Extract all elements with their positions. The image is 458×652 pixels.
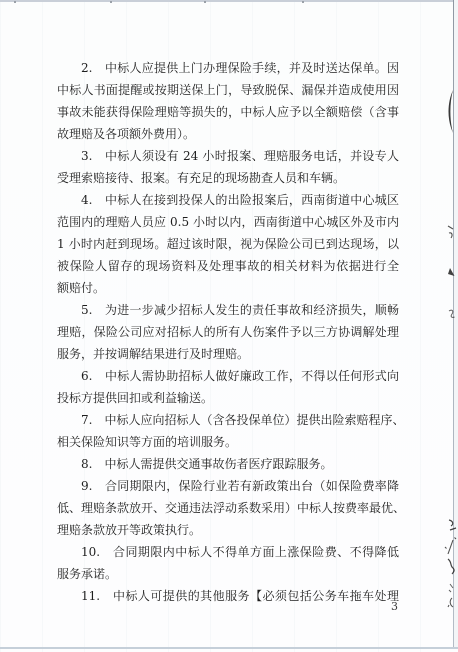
text-line: 2. 中标人应提供上门办理保险手续，并及时送达保单。因 (57, 57, 399, 79)
scan-edge-top (0, 0, 458, 2)
text-line: 服务，并按调解结果进行及时理赔。 (57, 343, 399, 365)
text-line: 3. 中标人须设有 24 小时报案、理赔服务电话，并设专人 (57, 145, 399, 167)
handwriting-ink-marks (440, 0, 458, 652)
text-line: 范围内的理赔人员应 0.5 小时以内，西南街道中心城区外及市内 (57, 211, 399, 233)
text-line: 7. 中标人应向招标人（含各投保单位）提供出险索赔程序、 (57, 409, 399, 431)
text-line: 被保险人留存的现场资料及处理事故的相关材料为依据进行全 (57, 255, 399, 277)
ink-crescent-mark (449, 90, 454, 133)
text-line: 故理赔及各项额外费用）。 (57, 123, 399, 145)
scan-speck (110, 1, 112, 3)
text-line: 受理索赔接待、报案。有充足的现场勘查人员和车辆。 (57, 167, 399, 189)
document-page: 2. 中标人应提供上门办理保险手续，并及时送达保单。因中标人书面提醒或按期送保上… (0, 0, 458, 652)
text-line: 低、理赔条款放开、交通违法浮动系数采用）中标人按费率最优、 (57, 497, 399, 519)
text-line: 8. 中标人需提供交通事故伤者医疗跟踪服务。 (57, 453, 399, 475)
text-line: 额赔付。 (57, 277, 399, 299)
text-line: 中标人书面提醒或按期送保上门，导致脱保、漏保并造成使用因 (57, 79, 399, 101)
scan-speck (302, 1, 304, 3)
scan-edge-bottom (0, 647, 458, 649)
text-line: 4. 中标人在接到投保人的出险报案后，西南街道中心城区 (57, 189, 399, 211)
document-body: 2. 中标人应提供上门办理保险手续，并及时送达保单。因中标人书面提醒或按期送保上… (57, 57, 399, 607)
text-line: 9. 合同期限内，保险行业若有新政策出台（如保险费率降 (57, 475, 399, 497)
text-line: 10. 合同期限内中标人不得单方面上涨保险费、不得降低 (57, 541, 399, 563)
page-number: 3 (391, 600, 398, 613)
text-line: 理赔条款放开等政策执行。 (57, 519, 399, 541)
scan-speck (204, 1, 206, 3)
text-line: 11. 中标人可提供的其他服务【必须包括公务车拖车处理 (57, 585, 399, 607)
scan-speck (14, 1, 16, 3)
text-line: 事故未能获得保险理赔等损失的，中标人应予以全额赔偿（含事 (57, 101, 399, 123)
text-line: 1 小时内赶到现场。超过该时限，视为保险公司已到达现场，以 (57, 233, 399, 255)
text-line: 相关保险知识等方面的培训服务。 (57, 431, 399, 453)
text-line: 理赔，保险公司应对招标人的所有人伤案件予以三方协调解处理 (57, 321, 399, 343)
text-line: 5. 为进一步减少招标人发生的责任事故和经济损失，顺畅 (57, 299, 399, 321)
text-line: 投标方提供回扣或利益输送。 (57, 387, 399, 409)
text-line: 服务承诺。 (57, 563, 399, 585)
text-line: 6. 中标人需协助招标人做好廉政工作，不得以任何形式向 (57, 365, 399, 387)
